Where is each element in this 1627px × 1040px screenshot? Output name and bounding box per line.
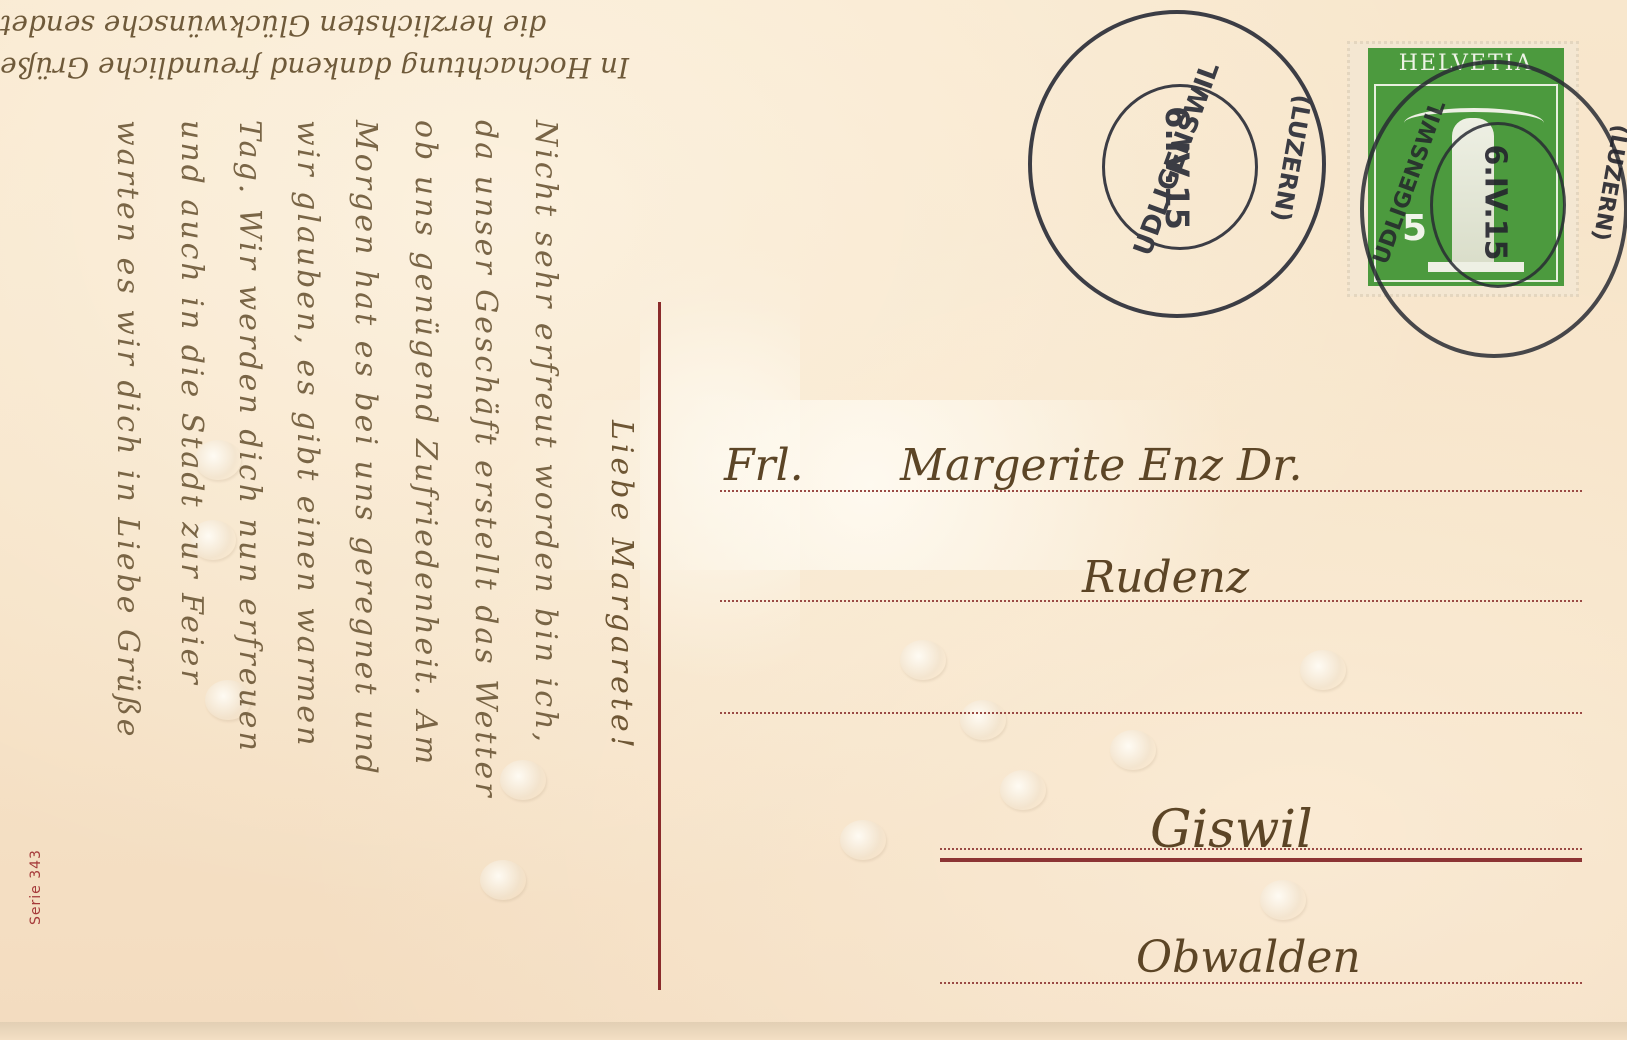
message-column: Nicht sehr erfreut worden bin ich, <box>528 120 563 745</box>
address-region: Obwalden <box>1136 932 1361 983</box>
message-column: Tag. Wir werden dich nun erfreuen <box>232 120 267 754</box>
address-name: Margerite Enz Dr. <box>900 440 1302 491</box>
postcard-back: In Hochachtung dankend freundliche Grüße… <box>0 0 1627 1040</box>
message-column: wir glauben, es gibt einen warmen <box>290 120 325 749</box>
postmark-left: UDLIGENSWIL (LUZERN) 6.IV.15 <box>1028 10 1326 318</box>
address-title: Frl. <box>724 440 804 491</box>
embossed-flower <box>480 860 526 900</box>
postmark-date: 6.IV.15 <box>1158 83 1196 253</box>
postmark-on-stamp-date: 6.IV.15 <box>1478 128 1513 278</box>
series-label: Serie 343 <box>28 849 44 925</box>
embossed-flower <box>1300 650 1346 690</box>
embossed-flower <box>960 700 1006 740</box>
message-column: und auch in die Stadt zur Feier <box>174 120 209 687</box>
message-column: Morgen hat es bei uns geregnet und <box>348 120 383 777</box>
center-divider <box>658 302 661 990</box>
embossed-flower <box>500 760 546 800</box>
address-rule <box>720 712 1582 714</box>
address-town: Giswil <box>1150 800 1313 860</box>
message-column: ob uns genügend Zufriedenheit. Am <box>408 120 443 767</box>
embossed-flower <box>1000 770 1046 810</box>
message-column: warten es wir dich in Liebe Grüße <box>110 120 145 740</box>
embossed-flower <box>840 820 886 860</box>
postmark-region: (LUZERN) <box>1263 67 1322 249</box>
message-top-line: In Hochachtung dankend freundliche Grüße <box>0 46 720 88</box>
embossed-flower <box>1110 730 1156 770</box>
address-street: Rudenz <box>1082 552 1249 603</box>
message-top-lines: In Hochachtung dankend freundliche Grüße… <box>0 4 720 88</box>
embossed-flower <box>900 640 946 680</box>
salutation: Liebe Margarete! <box>604 420 639 752</box>
embossed-flower <box>1260 880 1306 920</box>
message-column: da unser Geschäft erstellt das Wetter <box>468 120 503 800</box>
message-top-line: die herzlichsten Glückwünsche sendet <box>0 4 720 46</box>
card-edge <box>0 1022 1627 1040</box>
